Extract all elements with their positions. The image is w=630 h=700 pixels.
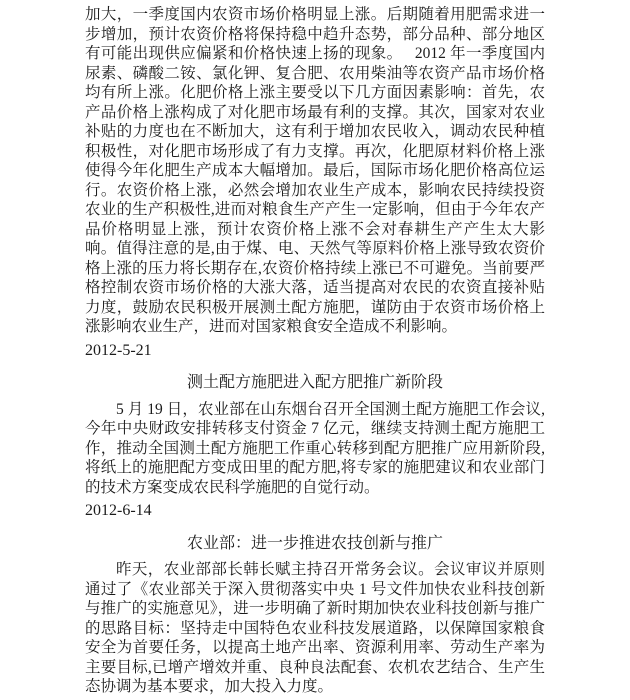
- text-column: 加大，一季度国内农资市场价格明显上涨。后期随着用肥需求进一步增加，预计农资价格将…: [85, 5, 545, 697]
- paragraph-agritech-executive-meeting: 昨天，农业部部长韩长赋主持召开常务会议。会议审议并原则通过了《农业部关于深入贯彻…: [85, 560, 545, 697]
- paragraph-soil-testing-work-conference: 5 月 19 日，农业部在山东烟台召开全国测土配方施肥工作会议,今年中央财政安排…: [85, 400, 545, 498]
- heading-soil-testing-formula-fertilization: 测土配方施肥进入配方肥推广新阶段: [85, 373, 545, 393]
- paragraph-farm-supplies-price-analysis: 加大，一季度国内农资市场价格明显上涨。后期随着用肥需求进一步增加，预计农资价格将…: [85, 5, 545, 337]
- entry-date-2012-5-21: 2012-5-21: [85, 341, 545, 361]
- document-page: 加大，一季度国内农资市场价格明显上涨。后期随着用肥需求进一步增加，预计农资价格将…: [0, 0, 630, 700]
- entry-date-2012-6-14: 2012-6-14: [85, 501, 545, 521]
- heading-agritech-innovation-promotion: 农业部：进一步推进农技创新与推广: [85, 534, 545, 554]
